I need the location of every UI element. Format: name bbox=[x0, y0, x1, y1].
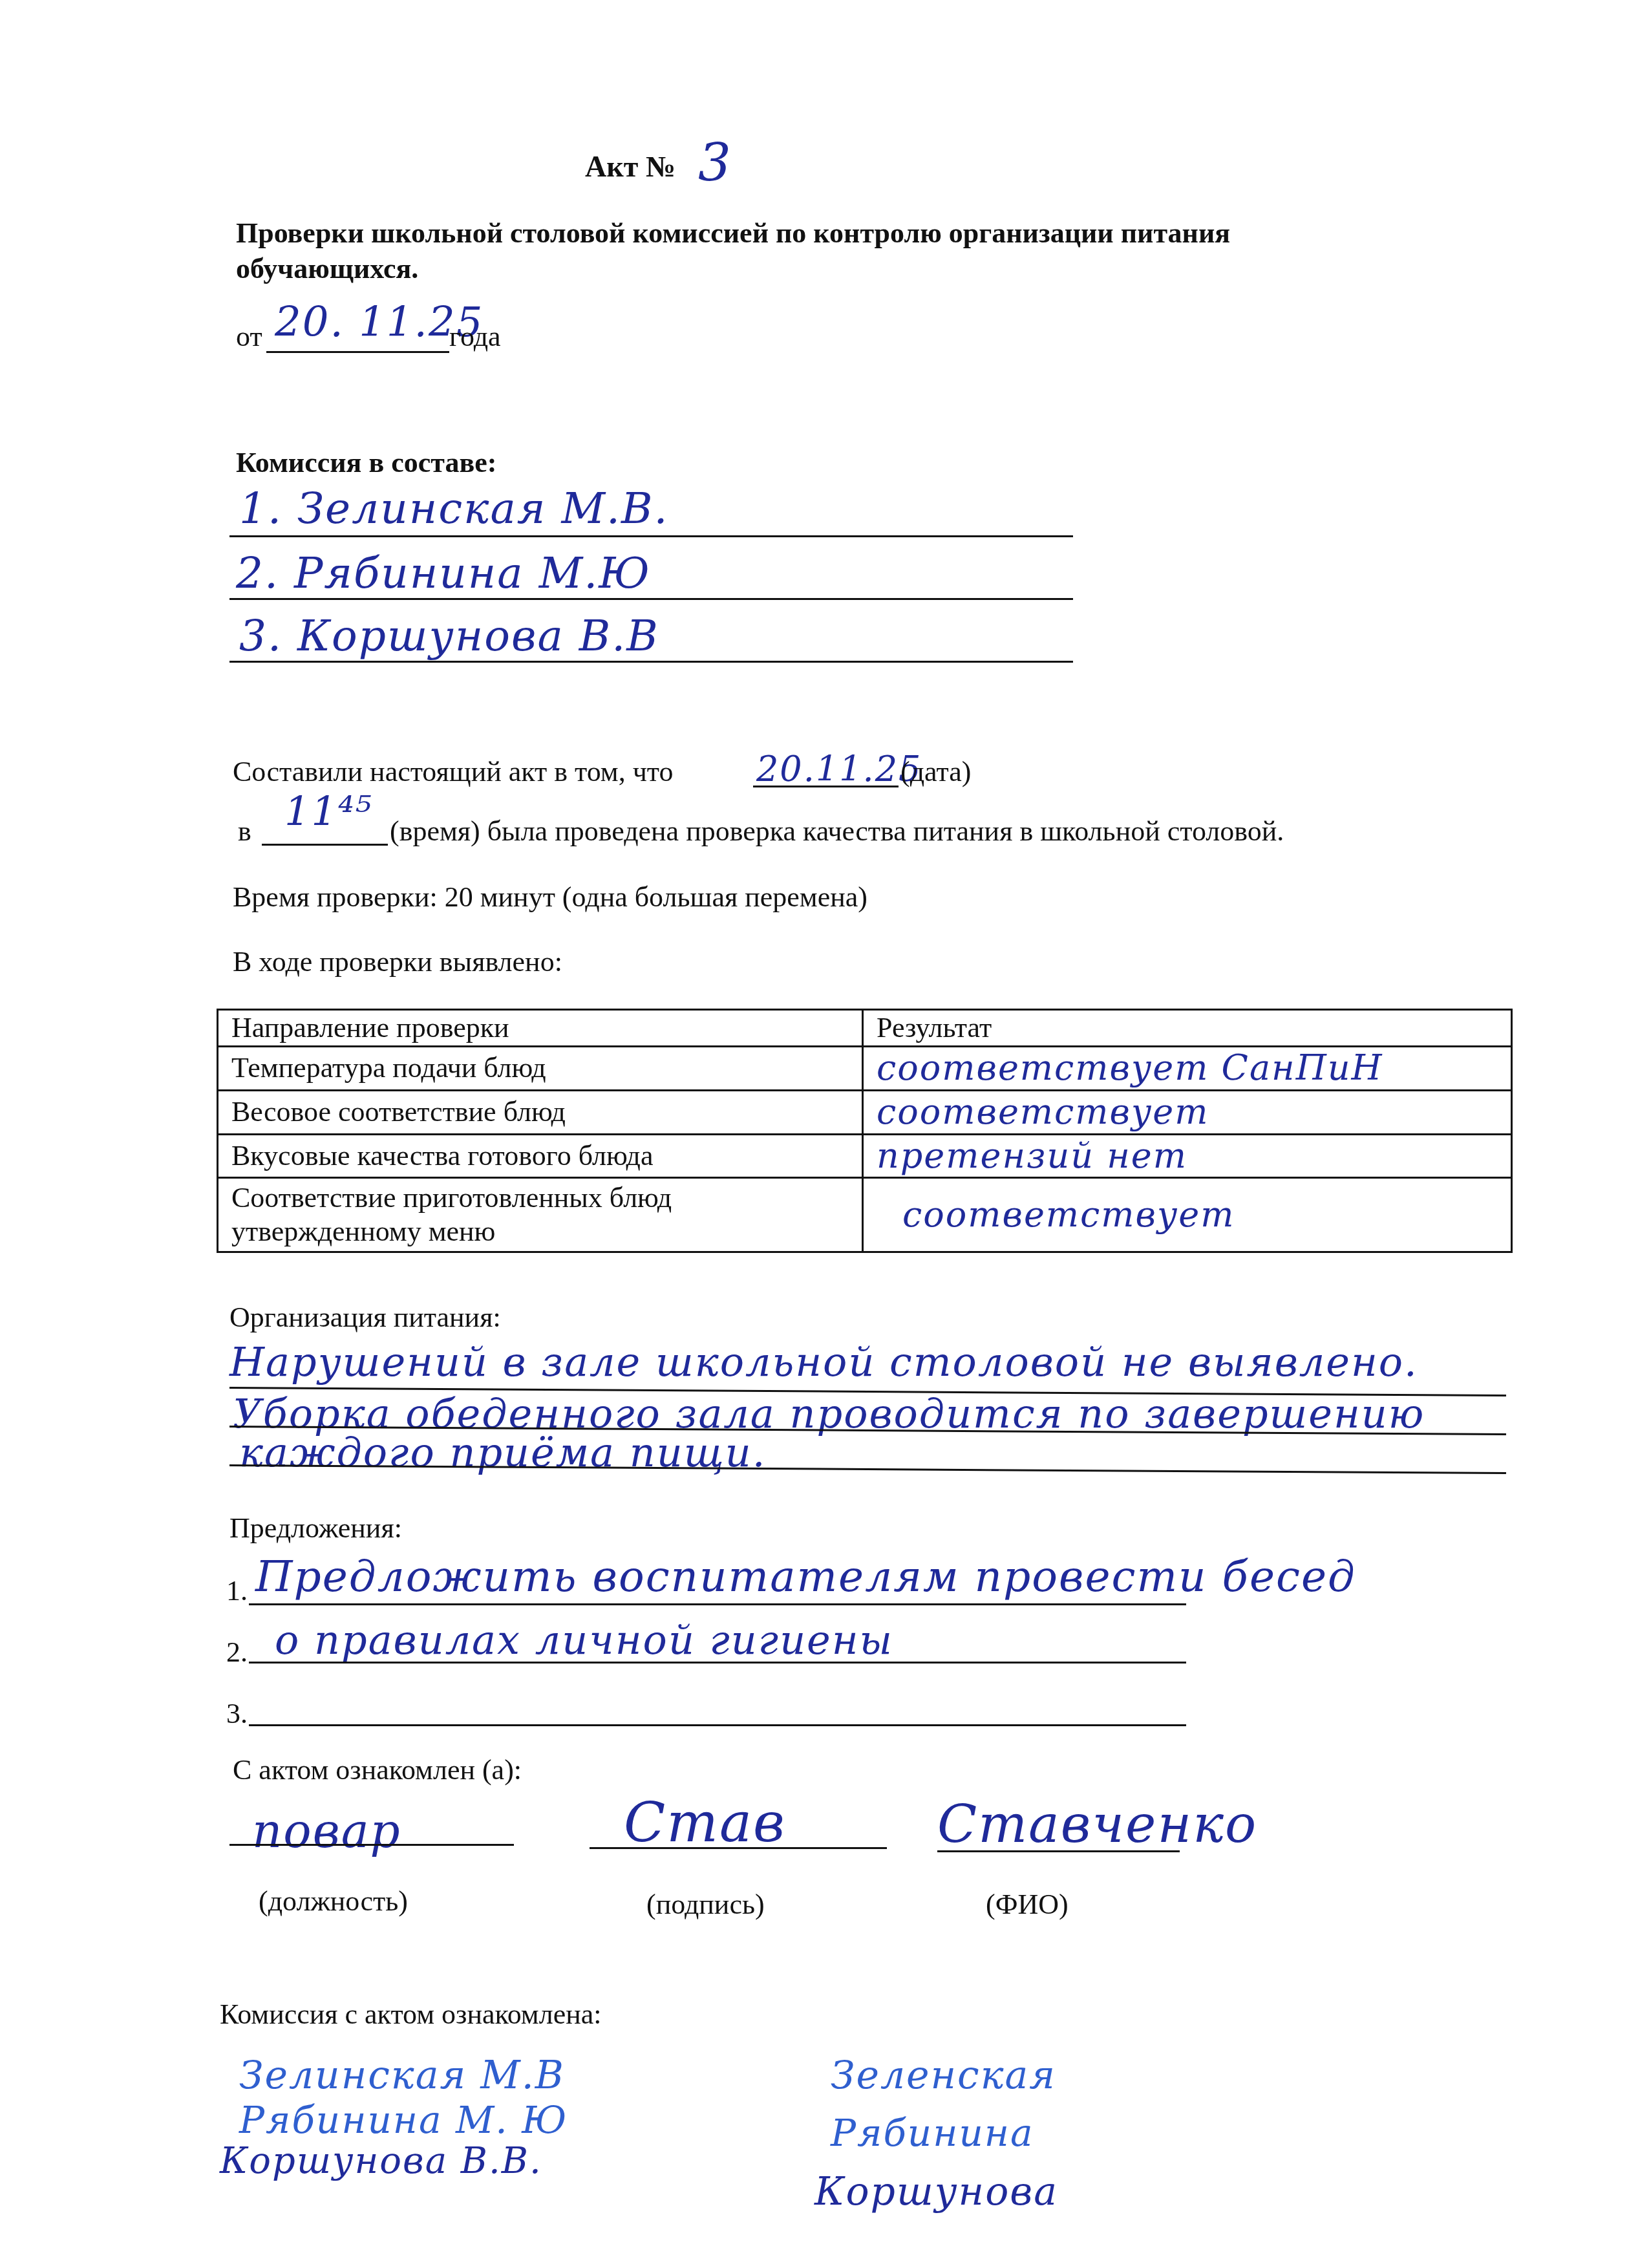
inspection-duration: Время проверки: 20 минут (одна большая п… bbox=[233, 881, 867, 915]
row-result-text: претензий нет bbox=[877, 1135, 1187, 1176]
table-header-row: Направление проверки Результат bbox=[218, 1010, 1512, 1047]
inspection-time: 11⁴⁵ bbox=[284, 787, 373, 835]
row-direction: Вкусовые качества готового блюда bbox=[218, 1134, 863, 1178]
date-prefix: от bbox=[236, 320, 262, 354]
table-row: Температура подачи блюд соответствует Са… bbox=[218, 1047, 1512, 1091]
acknowledged-signature: Став bbox=[624, 1791, 786, 1854]
acknowledged-position: повар bbox=[252, 1804, 401, 1858]
row-result: соответствует СанПиН bbox=[863, 1047, 1512, 1091]
commission-ack-name-1: Зелинская М.В bbox=[239, 2053, 565, 2098]
acknowledged-label: С актом ознакомлен (а): bbox=[233, 1753, 522, 1788]
date-underline bbox=[266, 351, 449, 353]
caption-position: (должность) bbox=[259, 1885, 408, 1919]
act-title: Акт № bbox=[585, 149, 676, 184]
table-row: Вкусовые качества готового блюда претенз… bbox=[218, 1134, 1512, 1178]
inspection-date: 20.11.25 bbox=[756, 749, 922, 789]
statement-line-2-prefix: в bbox=[238, 815, 251, 849]
commission-ack-signature-3: Коршунова bbox=[814, 2169, 1058, 2214]
proposal-number-3: 3. bbox=[226, 1697, 248, 1731]
row-direction-line-2: утвержденному меню bbox=[231, 1215, 849, 1249]
act-label: Акт № bbox=[585, 150, 676, 183]
header-result: Результат bbox=[863, 1010, 1512, 1047]
subtitle-line-2: обучающихся. bbox=[236, 252, 418, 286]
commission-member-1: 1. Зелинская М.В. bbox=[239, 484, 669, 533]
proposal-text-2: о правилах личной гигиены bbox=[275, 1616, 893, 1664]
name-underline bbox=[937, 1850, 1180, 1852]
proposal-number-1: 1. bbox=[226, 1574, 248, 1609]
member-line-3 bbox=[229, 661, 1073, 663]
proposal-number-2: 2. bbox=[226, 1636, 248, 1670]
inspection-time-underline bbox=[262, 844, 388, 846]
commission-ack-name-3: Коршунова В.В. bbox=[220, 2140, 542, 2182]
proposal-text-1: Предложить воспитателям провести бесед bbox=[255, 1552, 1356, 1601]
statement-line-2-suffix: (время) была проведена проверка качества… bbox=[390, 815, 1284, 849]
proposal-rule-1 bbox=[249, 1603, 1186, 1605]
commission-ack-signature-2: Рябинина bbox=[831, 2111, 1034, 2155]
commission-member-3: 3. Коршунова В.В bbox=[239, 611, 659, 661]
commission-ack-label: Комиссия с актом ознакомлена: bbox=[220, 1998, 601, 2032]
proposal-rule-2 bbox=[249, 1662, 1186, 1664]
row-result-text: соответствует СанПиН bbox=[877, 1047, 1383, 1088]
table-row: Весовое соответствие блюд соответствует bbox=[218, 1090, 1512, 1134]
row-direction: Соответствие приготовленных блюд утвержд… bbox=[218, 1178, 863, 1252]
proposals-label: Предложения: bbox=[229, 1512, 402, 1546]
organization-line-1: Нарушений в зале школьной столовой не вы… bbox=[229, 1338, 1418, 1385]
position-underline bbox=[229, 1844, 514, 1846]
signature-underline bbox=[590, 1847, 887, 1849]
statement-line-1-suffix: (дата) bbox=[900, 755, 971, 789]
commission-member-2: 2. Рябинина М.Ю bbox=[236, 548, 651, 598]
member-line-2 bbox=[229, 598, 1073, 600]
subtitle-line-1: Проверки школьной столовой комиссией по … bbox=[236, 217, 1230, 251]
date-suffix: года bbox=[449, 320, 501, 354]
caption-name: (ФИО) bbox=[986, 1888, 1069, 1922]
caption-signature: (подпись) bbox=[646, 1888, 765, 1922]
inspection-date-underline bbox=[753, 786, 899, 787]
row-result: соответствует bbox=[863, 1090, 1512, 1134]
commission-ack-signature-1: Зеленская bbox=[831, 2053, 1056, 2098]
member-line-1 bbox=[229, 535, 1073, 537]
row-result: претензий нет bbox=[863, 1134, 1512, 1178]
commission-title: Комиссия в составе: bbox=[236, 446, 496, 480]
row-result-text: соответствует bbox=[902, 1194, 1235, 1235]
header-direction: Направление проверки bbox=[218, 1010, 863, 1047]
findings-label: В ходе проверки выявлено: bbox=[233, 945, 562, 979]
row-direction-line-1: Соответствие приготовленных блюд bbox=[231, 1181, 849, 1215]
row-direction: Весовое соответствие блюд bbox=[218, 1090, 863, 1134]
row-result-text: соответствует bbox=[877, 1091, 1209, 1132]
row-result: соответствует bbox=[863, 1178, 1512, 1252]
table-row: Соответствие приготовленных блюд утвержд… bbox=[218, 1178, 1512, 1252]
statement-line-1-prefix: Составили настоящий акт в том, что bbox=[233, 755, 673, 789]
inspection-results-table: Направление проверки Результат Температу… bbox=[217, 1009, 1513, 1253]
proposal-rule-3 bbox=[249, 1724, 1186, 1726]
act-number: 3 bbox=[698, 133, 732, 193]
commission-ack-name-2: Рябинина М. Ю bbox=[239, 2098, 568, 2142]
row-direction: Температура подачи блюд bbox=[218, 1047, 863, 1091]
acknowledged-full-name: Ставченко bbox=[937, 1794, 1257, 1854]
organization-label: Организация питания: bbox=[229, 1301, 501, 1335]
